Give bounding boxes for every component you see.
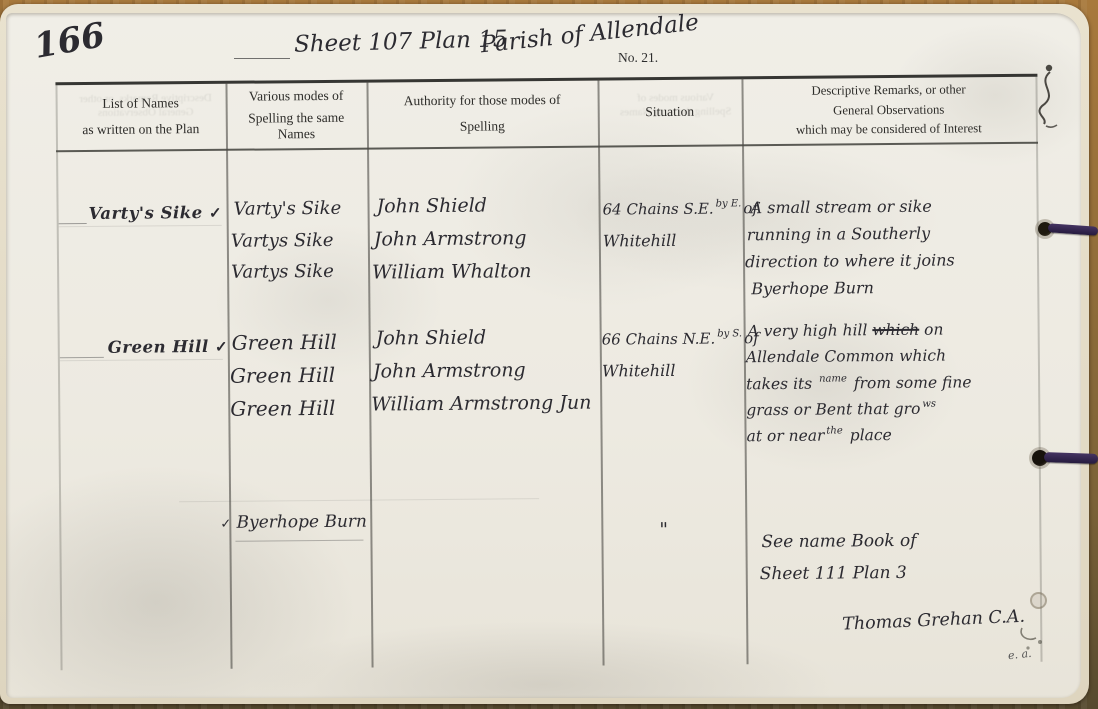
authority-entry: John Armstrong — [374, 227, 527, 250]
plan-name-vartys-sike: Varty's Sike ✓ — [89, 203, 223, 223]
ink-squiggle-mark — [1026, 62, 1070, 134]
spelling-entry: Green Hill — [230, 396, 335, 421]
situation-superscript: by E. — [716, 198, 742, 209]
remark-line: takes its name from some fine — [746, 372, 972, 393]
inserted-word: name — [819, 373, 847, 384]
situation-distance: 66 Chains N.E. — [602, 330, 716, 349]
header-authority: Authority for those modes of Spelling — [369, 81, 595, 147]
spelling-entry: Varty's Sike — [233, 198, 341, 220]
authority-entry: John Shield — [376, 327, 487, 350]
ditto-mark: " — [659, 519, 668, 541]
header-descriptive-remarks: Descriptive Remarks, or other General Ob… — [744, 77, 1033, 144]
page-number: 166 — [31, 15, 108, 67]
surveyor-signature: Thomas Grehan C.A. — [842, 607, 1026, 635]
spelling-entry: Green Hill — [232, 330, 337, 355]
situation-distance: 64 Chains S.E. — [602, 200, 713, 219]
bleed-line: Spelling the same Names — [616, 104, 736, 119]
remark-text: A very high hill — [748, 321, 873, 340]
remark-line: See name Book of — [761, 531, 916, 552]
header-line: which may be considered of Interest — [796, 121, 982, 138]
name-text: Byerhope Burn — [237, 512, 368, 533]
remark-line: A very high hill which on — [748, 321, 944, 341]
authority-entry: John Armstrong — [373, 359, 526, 382]
remark-line: direction to where it joins — [745, 250, 955, 271]
column-divider-4 — [741, 78, 748, 664]
spelling-entry: Green Hill — [230, 363, 335, 388]
situation-line1: 66 Chains N.E.by S.of — [602, 328, 759, 348]
remark-text: from some fine — [849, 373, 972, 392]
spelling-byerhope-burn: ✓ Byerhope Burn — [220, 512, 367, 533]
margin-pencil-note: e. a. — [1007, 647, 1032, 662]
remark-text: place — [845, 426, 892, 444]
header-line: Authority for those modes of — [404, 92, 561, 109]
remark-line: grass or Bent that grows — [746, 399, 938, 420]
remark-line: Allendale Common which — [746, 347, 946, 367]
inserted-word: the — [826, 425, 842, 436]
header-line: Various modes of — [249, 88, 344, 105]
pre-name-dash — [59, 223, 87, 224]
remark-line: running in a Southerly — [747, 224, 931, 245]
header-line: Spelling — [460, 119, 505, 135]
check-mark: ✓ — [215, 338, 228, 356]
remark-line: Byerhope Burn — [751, 278, 874, 298]
header-line: Spelling the same Names — [229, 109, 364, 142]
bleed-through-text: Various modes of Spelling the same Names — [616, 90, 736, 119]
parish-title: Parish of Allendale — [479, 10, 700, 59]
name-book-table: List of Names as written on the Plan Var… — [55, 68, 1042, 679]
remark-text: grass or Bent that gro — [746, 400, 920, 420]
remark-line: at or nearthe place — [746, 425, 891, 445]
inserted-word: ws — [922, 399, 936, 410]
bleed-through-text: Descriptive Remarks, or other General Ob… — [76, 91, 216, 120]
bleed-line: Various modes of — [616, 90, 736, 105]
check-mark: ✓ — [220, 517, 231, 532]
remark-text: at or near — [746, 427, 824, 446]
authority-entry: William Whalton — [372, 260, 532, 283]
sheet-title: Sheet 107 Plan 15 — [294, 26, 508, 58]
situation-line2: Whitehill — [603, 231, 677, 251]
header-line: Descriptive Remarks, or other — [811, 82, 965, 98]
name-text: Green Hill — [108, 337, 209, 357]
header-line: General Observations — [833, 102, 944, 118]
form-number: No. 21. — [618, 50, 658, 66]
check-mark: ✓ — [209, 204, 222, 222]
authority-entry: John Shield — [376, 195, 487, 218]
situation-line2: Whitehill — [602, 361, 676, 381]
remark-text: takes its — [746, 375, 817, 394]
plan-name-green-hill: Green Hill ✓ — [108, 337, 228, 357]
situation-superscript: by S. — [717, 328, 742, 339]
struck-word: which — [872, 321, 919, 339]
header-various-modes: Various modes of Spelling the same Names — [228, 83, 364, 148]
remark-line: Sheet 111 Plan 3 — [760, 563, 907, 584]
pre-name-dash — [60, 357, 104, 358]
authority-entry: William Armstrong Jun — [371, 392, 591, 416]
binding-hole-ghost — [1030, 592, 1047, 609]
faint-guide-line — [59, 225, 222, 227]
bleed-line: Descriptive Remarks, or other — [76, 91, 216, 106]
header-line: as written on the Plan — [82, 121, 199, 138]
remark-line: A small stream or sike — [750, 197, 931, 218]
faint-guide-line — [60, 359, 223, 361]
faint-guide-line — [179, 498, 539, 502]
spelling-entry: Vartys Sike — [231, 230, 334, 252]
situation-line1: 64 Chains S.E.by E.of — [602, 198, 758, 218]
name-text: Varty's Sike — [89, 203, 203, 223]
remark-text: on — [919, 321, 943, 339]
header-underline-dash — [234, 58, 290, 59]
spelling-entry: Vartys Sike — [231, 261, 334, 283]
binding-string — [1044, 452, 1098, 464]
bleed-line: General Observations — [76, 105, 216, 120]
underline-mark — [235, 540, 363, 542]
scanned-book-photo: { "colors": { "wood": "#96703a", "paper"… — [0, 0, 1098, 709]
